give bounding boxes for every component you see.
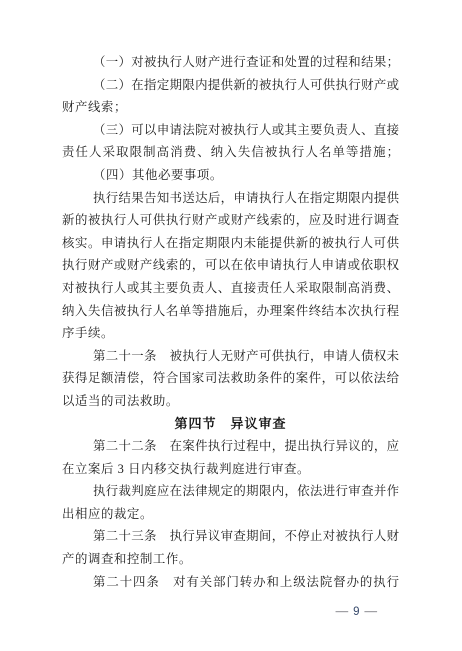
page-number-value: 9 bbox=[353, 606, 359, 618]
doc-line-item-4: （四）其他必要事项。 bbox=[62, 164, 399, 187]
doc-line-para-cont: 新的被执行人可供执行财产或财产线索的，应及时进行调查 bbox=[62, 209, 399, 232]
doc-line-para2: 执行裁判庭应在法律规定的期限内，依法进行审查并作 bbox=[62, 480, 399, 503]
page-number-dash-right: — bbox=[365, 604, 378, 618]
document-body: （一）对被执行人财产进行查证和处置的过程和结果； （二）在指定期限内提供新的被执… bbox=[62, 51, 399, 593]
page-number-dash-left: — bbox=[336, 604, 349, 618]
doc-line-item-2: （二）在指定期限内提供新的被执行人可供执行财产或 bbox=[62, 74, 399, 97]
doc-line-article-24: 第二十四条 对有关部门转办和上级法院督办的执行 bbox=[62, 571, 399, 594]
doc-line-item-3: （三）可以申请法院对被执行人或其主要负责人、直接 bbox=[62, 119, 399, 142]
doc-line-item-1: （一）对被执行人财产进行查证和处置的过程和结果； bbox=[62, 51, 399, 74]
doc-line-article-22-end: 在立案后 3 日内移交执行裁判庭进行审查。 bbox=[62, 458, 399, 481]
doc-line-para-cont: 纳入失信被执行人名单等措施后，办理案件终结本次执行程 bbox=[62, 300, 399, 323]
page-number: —9— bbox=[331, 602, 382, 620]
doc-line-para2-end: 出相应的裁定。 bbox=[62, 503, 399, 526]
doc-line-article-21: 第二十一条 被执行人无财产可供执行，申请人债权未 bbox=[62, 345, 399, 368]
doc-line-article-23: 第二十三条 执行异议审查期间，不停止对被执行人财 bbox=[62, 525, 399, 548]
doc-line-article-21-end: 以适当的司法救助。 bbox=[62, 390, 399, 413]
doc-line-article-22: 第二十二条 在案件执行过程中，提出执行异议的，应 bbox=[62, 435, 399, 458]
doc-line-article-21-cont: 获得足额清偿，符合国家司法救助条件的案件，可以依法给 bbox=[62, 367, 399, 390]
doc-line-item-3-cont: 责任人采取限制高消费、纳入失信被执行人名单等措施； bbox=[62, 141, 399, 164]
doc-line-article-23-end: 产的调查和控制工作。 bbox=[62, 548, 399, 571]
doc-line-para-cont: 执行财产或财产线索的，可以在依申请执行人申请或依职权 bbox=[62, 254, 399, 277]
doc-line-para-cont: 核实。申请执行人在指定期限内未能提供新的被执行人可供 bbox=[62, 232, 399, 255]
doc-line-para: 执行结果告知书送达后，申请执行人在指定期限内提供 bbox=[62, 187, 399, 210]
section-heading: 第四节 异议审查 bbox=[62, 413, 399, 436]
doc-line-para-end: 序手续。 bbox=[62, 322, 399, 345]
doc-line-item-2-cont: 财产线索； bbox=[62, 96, 399, 119]
document-page: （一）对被执行人财产进行查证和处置的过程和结果； （二）在指定期限内提供新的被执… bbox=[0, 0, 462, 651]
doc-line-para-cont: 对被执行人或其主要负责人、直接责任人采取限制高消费、 bbox=[62, 277, 399, 300]
